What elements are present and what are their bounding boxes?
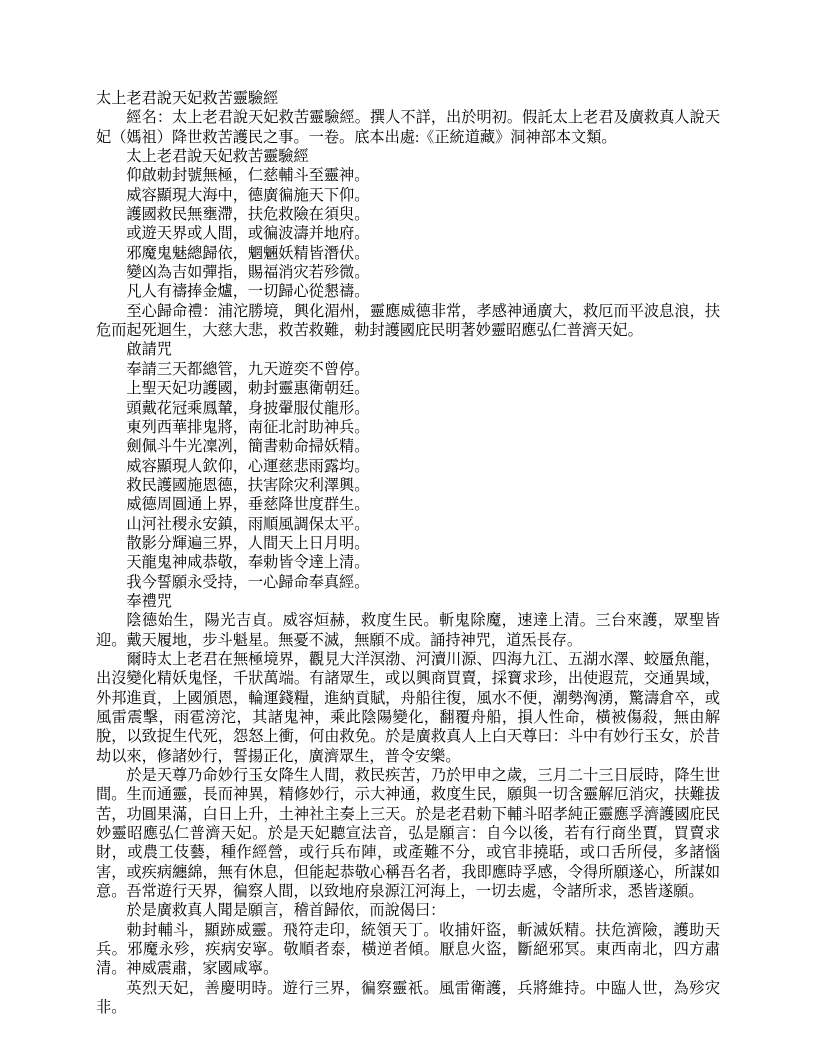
verse-line: 威德周圓通上界，垂慈降世度群生。: [96, 495, 720, 514]
verse-line: 凡人有禱捧金爐，一切歸心從懇禱。: [96, 282, 720, 301]
verse-line: 或遊天界或人間，或徧波濤并地府。: [96, 224, 720, 243]
prose: 至心歸命禮：浦沱勝境，興化湄州，靈應威德非常，孝感神通廣大，救厄而平波息浪，扶危…: [96, 302, 720, 341]
verse-line: 護國救民無壅滯，扶危救險在須臾。: [96, 205, 720, 224]
section-heading: 奉禮咒: [96, 592, 720, 611]
verse-line: 變凶為吉如彈指，賜福消灾若殄微。: [96, 263, 720, 282]
verse-line: 仰啟勅封號無極，仁慈輔斗至靈神。: [96, 166, 720, 185]
verse-line: 頭戴花冠乘鳳輦，身披翬服仗龍形。: [96, 399, 720, 418]
section-heading: 太上老君說天妃救苦靈驗經: [96, 147, 720, 166]
prose: 陰德始生，陽光吉貞。威容烜赫，救度生民。斬鬼除魔，速達上清。三台來護，眾聖皆迎。…: [96, 611, 720, 650]
verse-line: 威容顯現人欽仰，心運慈悲雨露均。: [96, 457, 720, 476]
verse-line: 奉請三天都總管，九天遊奕不曾停。: [96, 360, 720, 379]
verse-line: 劍佩斗牛光凜冽，簡書勅命掃妖精。: [96, 437, 720, 456]
verse-line: 東列西華排鬼將，南征北討助神兵。: [96, 418, 720, 437]
verse-line: 上聖天妃功護國，勅封靈惠衛朝廷。: [96, 379, 720, 398]
section-heading: 啟請咒: [96, 340, 720, 359]
document-body: 太上老君說天妃救苦靈驗經經名：太上老君說天妃救苦靈驗經。撰人不詳，出於明初。假託…: [96, 89, 720, 1018]
verse-line: 邪魔鬼魅總歸依，魍魎妖精皆潛伏。: [96, 244, 720, 263]
prose: 英烈天妃，善慶明時。遊行三界，徧察靈祇。風雷衛護，兵將維持。中臨人世，為殄灾非。: [96, 979, 720, 1018]
verse-line: 我今誓願永受持，一心歸命奉真經。: [96, 573, 720, 592]
verse-line: 救民護國施恩德，扶害除灾利澤興。: [96, 476, 720, 495]
prose: 於是天尊乃命妙行玉女降生人間，救民疾苦，乃於甲申之歲，三月二十三日辰時，降生世間…: [96, 766, 720, 901]
verse-line: 山河社稷永安鎮，雨順風調保太平。: [96, 515, 720, 534]
prose: 勅封輔斗，顯跡威靈。飛符走印，統領天丁。收捕奸盜，斬滅妖精。扶危濟險，護助天兵。…: [96, 921, 720, 979]
verse-line: 天龍鬼神咸恭敬，奉勅皆令達上清。: [96, 553, 720, 572]
document-page: 太上老君說天妃救苦靈驗經經名：太上老君說天妃救苦靈驗經。撰人不詳，出於明初。假託…: [0, 0, 816, 1056]
prose: 爾時太上老君在無極境界，觀見大洋溟渤、河瀆川源、四海九江、五湖水澤、蛟蜃魚龍，出…: [96, 650, 720, 766]
doc-title: 太上老君說天妃救苦靈驗經: [96, 89, 720, 108]
prose: 於是廣救真人聞是願言，稽首歸依，而說偈曰：: [96, 901, 720, 920]
verse-line: 威容顯現大海中，德廣徧施天下仰。: [96, 186, 720, 205]
abstract: 經名：太上老君說天妃救苦靈驗經。撰人不詳，出於明初。假託太上老君及廣救真人說天妃…: [96, 108, 720, 147]
verse-line: 散影分輝遍三界，人間天上日月明。: [96, 534, 720, 553]
